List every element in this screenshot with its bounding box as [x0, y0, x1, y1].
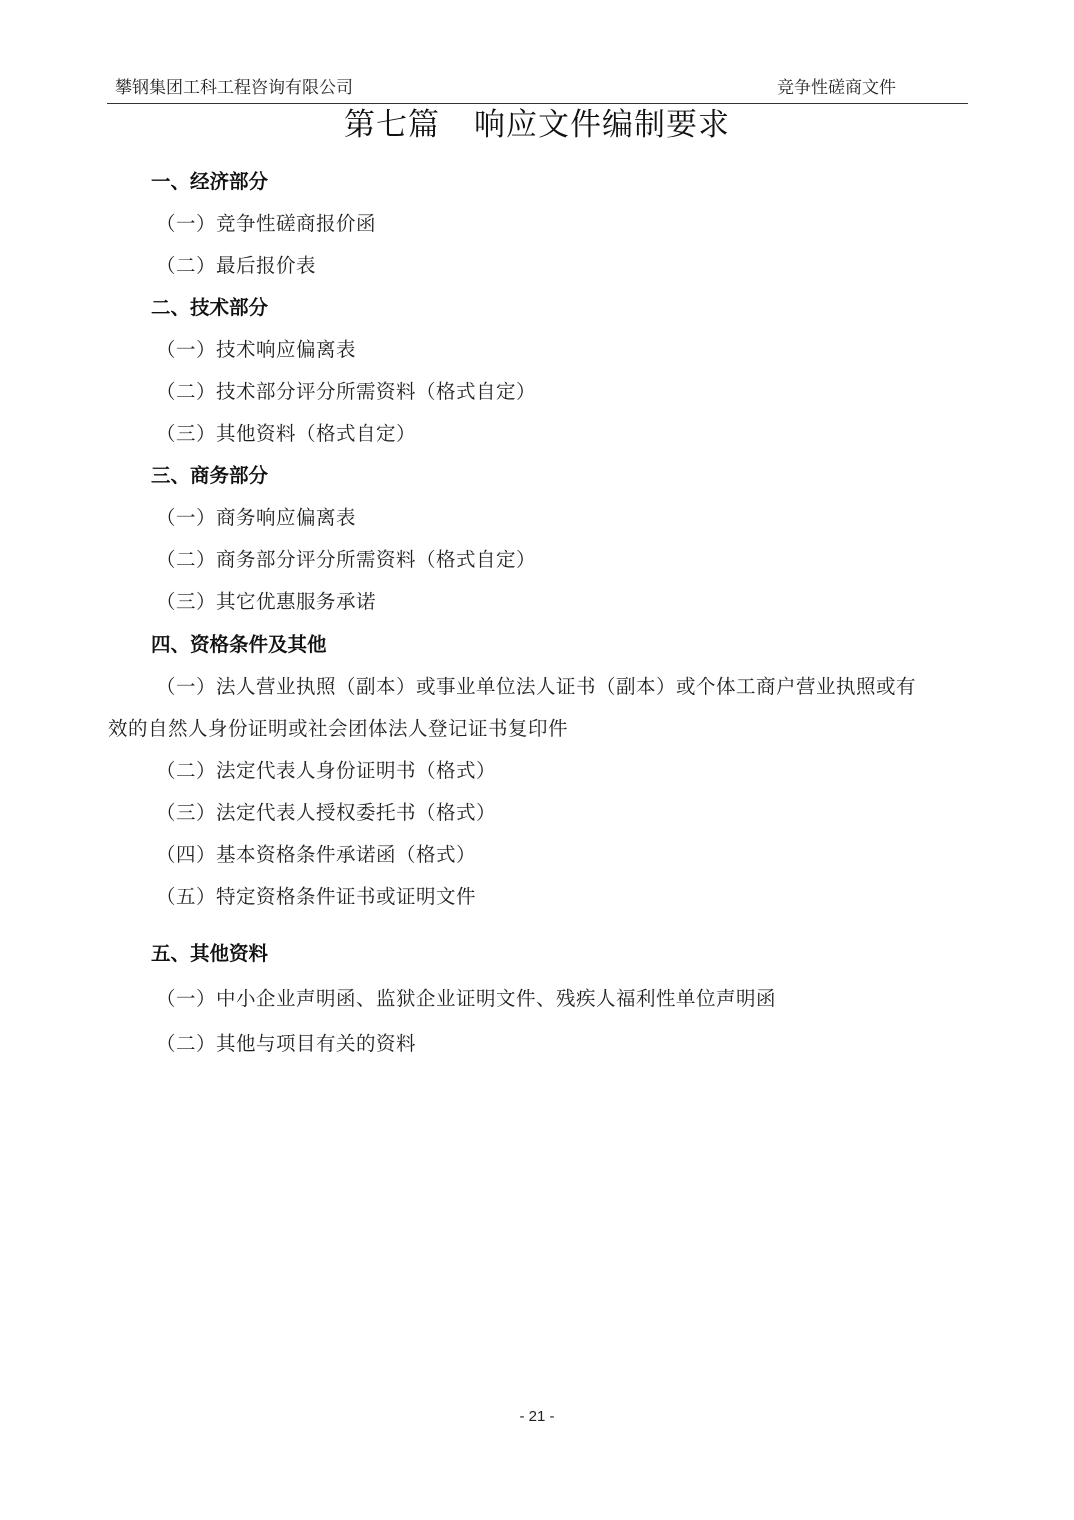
title-name: 响应文件编制要求 [474, 107, 730, 143]
list-item: （三）法定代表人授权委托书（格式） [156, 800, 496, 826]
list-item: （一）中小企业声明函、监狱企业证明文件、残疾人福利性单位声明函 [156, 986, 776, 1012]
list-item: （一）法人营业执照（副本）或事业单位法人证书（副本）或个体工商户营业执照或有 [156, 674, 916, 700]
page-number: - 21 - [0, 1407, 1074, 1427]
list-item: （四）基本资格条件承诺函（格式） [156, 842, 476, 868]
header-company-name: 攀钢集团工科工程咨询有限公司 [115, 76, 353, 100]
list-item: （五）特定资格条件证书或证明文件 [156, 884, 476, 910]
list-item: （一）竞争性磋商报价函 [156, 211, 376, 237]
list-item-continuation: 效的自然人身份证明或社会团体法人登记证书复印件 [108, 716, 568, 742]
section-heading-business: 三、商务部分 [151, 463, 268, 489]
list-item: （二）技术部分评分所需资料（格式自定） [156, 379, 536, 405]
header-document-type: 竞争性磋商文件 [777, 76, 896, 100]
list-item: （三）其他资料（格式自定） [156, 421, 416, 447]
section-heading-qualification: 四、资格条件及其他 [151, 632, 327, 658]
section-heading-economic: 一、经济部分 [151, 169, 268, 195]
section-heading-technical: 二、技术部分 [151, 295, 268, 321]
list-item: （一）技术响应偏离表 [156, 337, 356, 363]
list-item: （二）其他与项目有关的资料 [156, 1031, 416, 1057]
list-item: （二）最后报价表 [156, 253, 316, 279]
title-part: 第七篇 [344, 107, 440, 143]
list-item: （二）法定代表人身份证明书（格式） [156, 758, 496, 784]
list-item: （三）其它优惠服务承诺 [156, 589, 376, 615]
list-item: （二）商务部分评分所需资料（格式自定） [156, 547, 536, 573]
page-title: 第七篇响应文件编制要求 [0, 104, 1074, 146]
page-header: 攀钢集团工科工程咨询有限公司 竞争性磋商文件 [107, 76, 968, 104]
section-heading-other: 五、其他资料 [151, 941, 268, 967]
list-item: （一）商务响应偏离表 [156, 505, 356, 531]
